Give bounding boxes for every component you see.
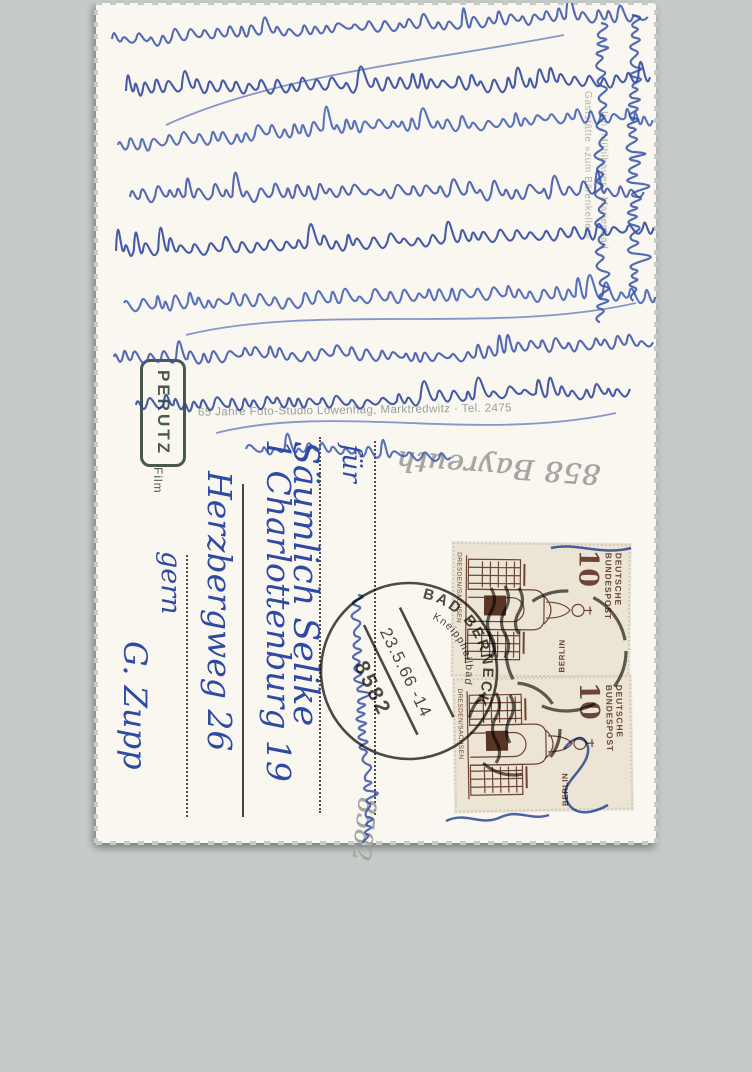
- stamp-region-label: BERLIN: [557, 639, 566, 672]
- deckle-edge-right: [654, 3, 658, 843]
- pencil-corner-code: 8582: [348, 796, 380, 862]
- edge-caption-line2: Inh. Mühlbauer · Marienbad: [598, 111, 609, 249]
- perutz-film-stamp: PERUTZ: [140, 359, 186, 467]
- pencil-routing-note: 858 Bayreuth: [395, 446, 601, 488]
- deckle-edge-top: [96, 1, 656, 5]
- message-ink-row: [118, 107, 653, 151]
- address-city: 1 Charlottenburg 19: [262, 439, 295, 782]
- message-ink-flourish: [166, 35, 564, 125]
- address-rule-1: [186, 555, 188, 817]
- stamp-region-label: BERLIN: [560, 772, 570, 806]
- message-ink-row: [130, 171, 644, 203]
- message-ink-flourish: [186, 303, 636, 335]
- edge-caption-line1: Gaststätte »zum Bärenkeller«: [582, 91, 593, 240]
- stamp-value-label: 10: [573, 682, 605, 720]
- address-rule-2: [242, 484, 244, 817]
- address-extra-2: G. Zupp: [119, 641, 151, 770]
- deckle-edge-left: [94, 3, 98, 843]
- message-ink-row: [112, 3, 648, 46]
- postcard-back: Gaststätte »zum Bärenkeller« Inh. Mühlba…: [96, 3, 656, 843]
- address-annotation: für: [338, 444, 364, 483]
- postcard-scan: Gaststätte »zum Bärenkeller« Inh. Mühlba…: [0, 0, 752, 1072]
- film-word-label: Film: [151, 467, 165, 494]
- message-ink-row: [126, 62, 650, 96]
- message-ink-row: [116, 222, 653, 256]
- address-extra-1: gern: [157, 551, 184, 615]
- stamp-issuer-label: DEUTSCHE BUNDESPOST: [604, 685, 626, 808]
- stamp-issuer-label: DEUTSCHE BUNDESPOST: [602, 553, 623, 676]
- message-ink-column: [627, 15, 651, 301]
- address-street: Herzbergweg 26: [203, 471, 236, 751]
- perutz-brand-label: PERUTZ: [153, 370, 173, 456]
- message-ink-row: [124, 275, 655, 311]
- stamp-value-label: 10: [572, 549, 603, 587]
- studio-imprint: 65 Jahre Foto-Studio Löwenhag, Marktredw…: [198, 401, 580, 418]
- postmark-plz: 8582: [349, 657, 395, 720]
- message-ink-row: [114, 335, 653, 364]
- postmark-bad-berneck: BAD BERNECK Kneippheilbad 23.5.66 -14 85…: [304, 566, 514, 776]
